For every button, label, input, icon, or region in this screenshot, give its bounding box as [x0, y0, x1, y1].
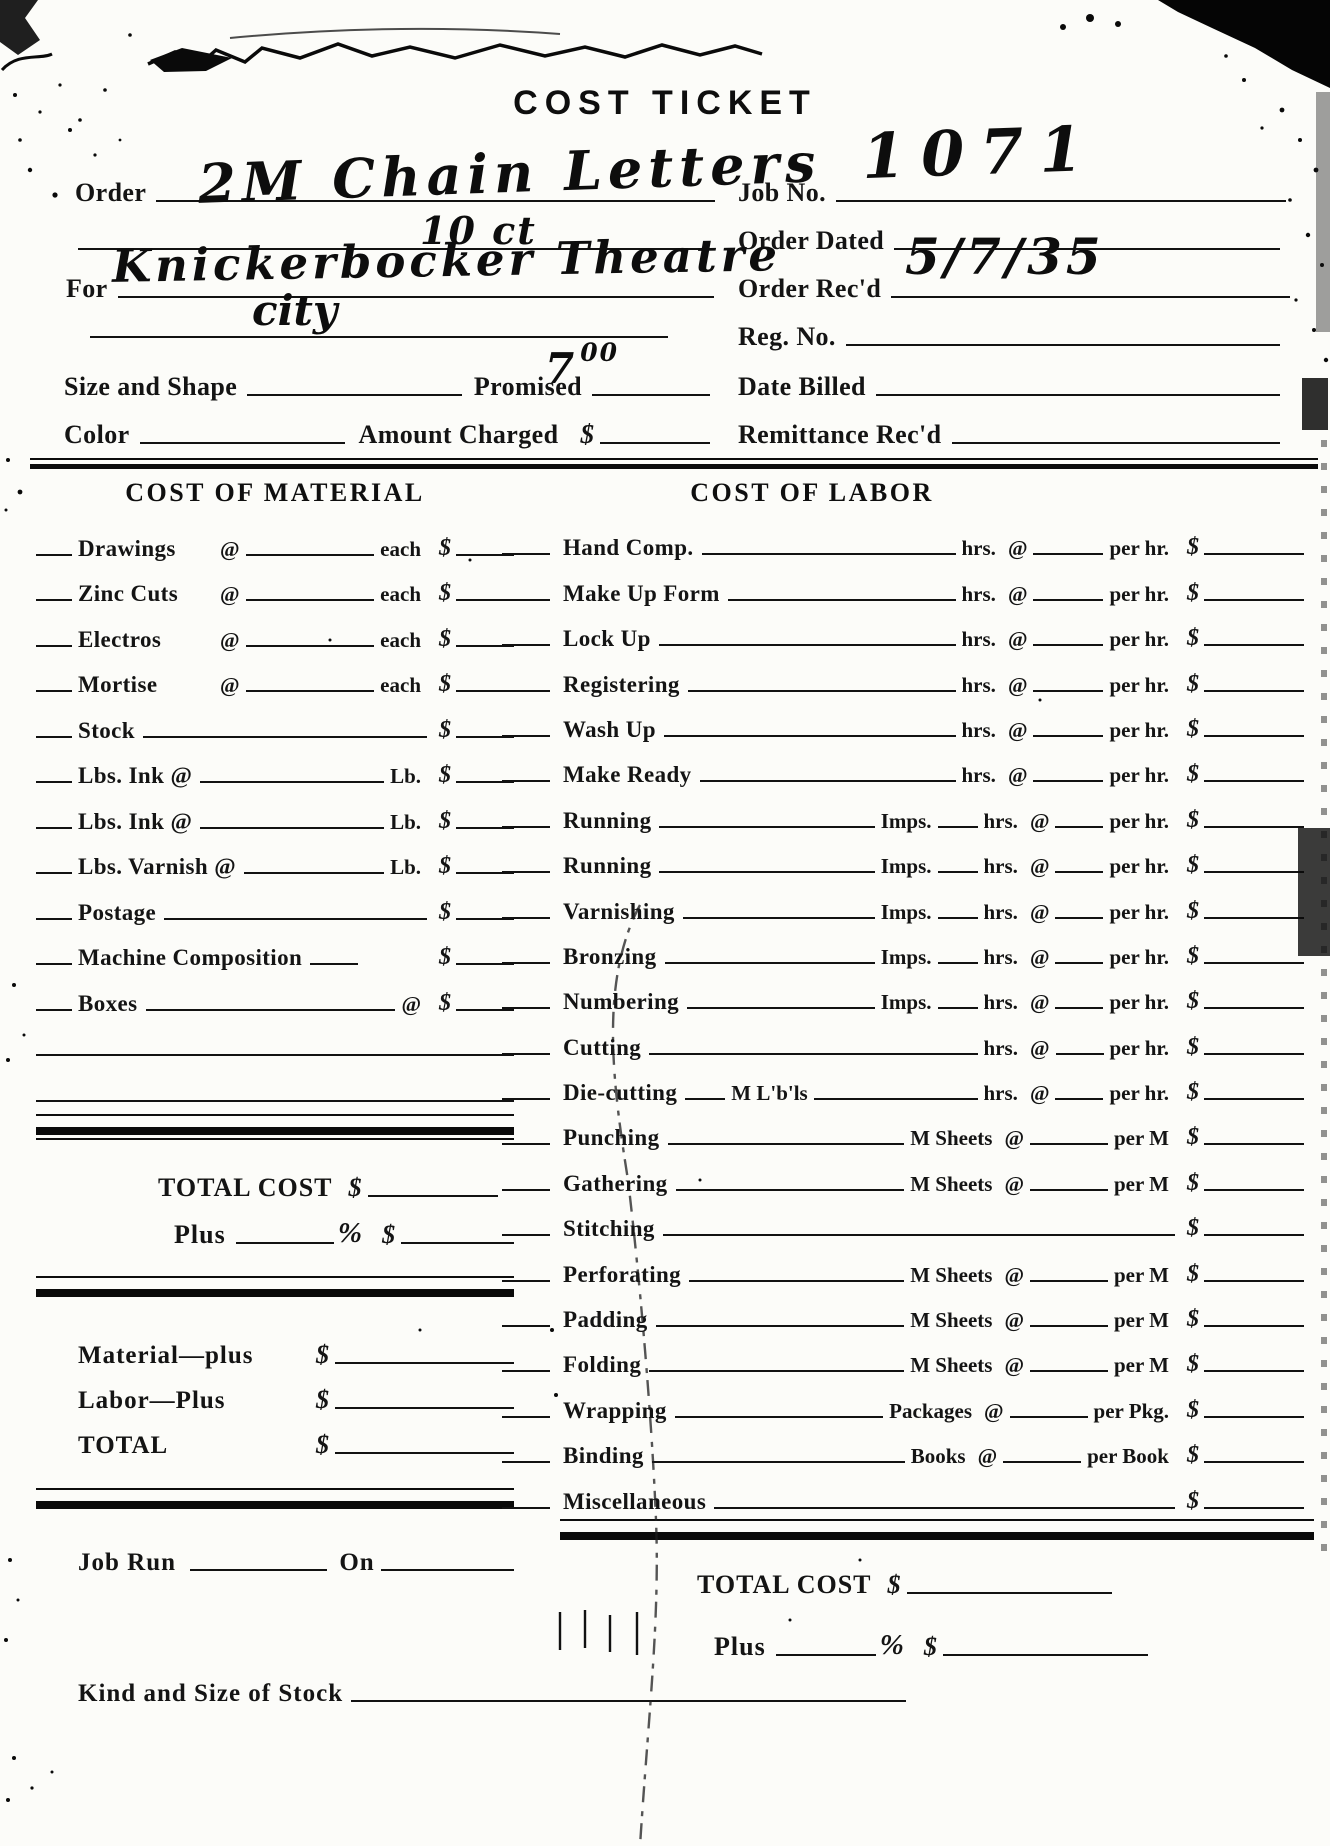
lead-dash [502, 1234, 550, 1236]
unit-text: @ [1030, 856, 1050, 877]
labor-row-varnishing: VarnishingImps.hrs.@per hr.$ [502, 877, 1314, 922]
row-label: Wrapping [563, 1399, 667, 1422]
row-label: Lock Up [563, 627, 651, 650]
lead-dash [502, 1416, 550, 1418]
dollar-sign: $ [439, 809, 451, 833]
unit-text: per M [1114, 1310, 1169, 1331]
row-label: Lbs. Varnish @ [78, 855, 236, 878]
lead-dash [502, 1370, 550, 1372]
unit-text: per M [1114, 1355, 1169, 1376]
page-title: COST TICKET [0, 84, 1330, 123]
labor-row-folding: FoldingM Sheets@per M$ [502, 1331, 1314, 1376]
fill-line [600, 442, 710, 444]
dollar-sign: $ [1187, 717, 1199, 741]
percent-sign: % [338, 1219, 362, 1248]
fill-line [689, 1280, 904, 1282]
row-label: Binding [563, 1444, 644, 1467]
dollar-sign: $ [316, 1342, 329, 1368]
labor-row-make-up-form: Make Up Formhrs.@per hr.$ [502, 559, 1314, 604]
unit-text: hrs. [984, 856, 1018, 877]
handwriting-job-number: 1071 [861, 118, 1100, 188]
fill-line [1204, 1461, 1304, 1463]
fill-line [728, 599, 956, 601]
unit-text: M Sheets [910, 1174, 992, 1195]
job-run-label: Job Run [78, 1550, 176, 1575]
fill-line [656, 1325, 905, 1327]
unit-text: @ [220, 584, 240, 605]
unit-text: per M [1114, 1128, 1169, 1149]
field-label: Remittance Rec'd [738, 422, 942, 448]
kind-and-size-of-stock-row: Kind and Size of Stock [78, 1662, 906, 1706]
fill-line [246, 690, 375, 692]
dollar-sign: $ [316, 1387, 329, 1413]
fill-line [1033, 553, 1103, 555]
fill-line [244, 872, 384, 874]
fill-line [814, 1098, 978, 1100]
labor-row-numbering: NumberingImps.hrs.@per hr.$ [502, 968, 1314, 1013]
row-label: Lbs. Ink @ [78, 810, 192, 833]
summary-row-material-plus: Material—plus $ [36, 1323, 514, 1368]
row-label: Numbering [563, 990, 679, 1013]
unit-text: per hr. [1109, 538, 1169, 559]
fill-line [1204, 735, 1304, 737]
unit-text: per M [1114, 1174, 1169, 1195]
row-label: Stock [78, 719, 135, 742]
amount-dollars: 7 [545, 344, 574, 393]
fill-line [246, 599, 375, 601]
lead-dash [36, 599, 72, 601]
dollar-sign: $ [1187, 1080, 1199, 1104]
unit-text: M Sheets [910, 1355, 992, 1376]
unit-text: @ [220, 675, 240, 696]
on-label: On [339, 1550, 374, 1575]
row-label: Running [563, 854, 651, 877]
unit-text: @ [1030, 811, 1050, 832]
fill-line [1055, 871, 1103, 873]
fill-line [1204, 1416, 1304, 1418]
fill-line [1204, 1007, 1304, 1009]
fill-line [146, 1009, 396, 1011]
lead-dash [36, 554, 72, 556]
dollar-sign: $ [439, 900, 451, 924]
fill-line [1033, 644, 1103, 646]
section-title-material: COST OF MATERIAL [36, 478, 514, 508]
unit-text: hrs. [984, 947, 1018, 968]
lead-dash [36, 1009, 72, 1011]
labor-row-hand-comp: Hand Comp.hrs.@per hr.$ [502, 514, 1314, 559]
fill-line [1003, 1461, 1081, 1463]
dollar-sign: $ [439, 854, 451, 878]
fill-line [1033, 735, 1103, 737]
row-label: Lbs. Ink @ [78, 764, 192, 787]
material-row-machine-composition: Machine Composition$ [36, 924, 514, 970]
fill-line [1204, 1143, 1304, 1145]
fill-line [813, 1053, 977, 1055]
row-label: Boxes [78, 992, 138, 1015]
field-label-amount-charged: Amount Charged [359, 422, 559, 448]
fill-line [1033, 599, 1103, 601]
fill-line [36, 1100, 514, 1102]
dollar-sign: $ [439, 763, 451, 787]
fill-line [876, 394, 1280, 396]
material-rows: Drawings@each$Zinc Cuts@each$Electros@ea… [36, 514, 514, 1106]
labor-row-padding: PaddingM Sheets@per M$ [502, 1286, 1314, 1331]
dollar-sign: $ [1187, 762, 1199, 786]
fill-line [664, 735, 956, 737]
row-label: Electros [78, 628, 206, 651]
labor-rows: Hand Comp.hrs.@per hr.$Make Up Formhrs.@… [502, 514, 1314, 1513]
cost-of-labor-section: Hand Comp.hrs.@per hr.$Make Up Formhrs.@… [502, 514, 1314, 1660]
fill-line [659, 826, 874, 828]
fill-line [652, 1461, 905, 1463]
percent-sign: % [880, 1631, 904, 1660]
fill-line [714, 1507, 1175, 1509]
unit-text: M Sheets [910, 1265, 992, 1286]
fill-line [1204, 599, 1304, 601]
field-label: Size and Shape [64, 374, 237, 400]
fill-line [702, 553, 956, 555]
labor-row-wrapping: WrappingPackages@per Pkg.$ [502, 1376, 1314, 1421]
unit-text: @ [1008, 629, 1028, 650]
dollar-sign: $ [382, 1222, 395, 1248]
fill-line [649, 1370, 904, 1372]
labor-row-perforating: PerforatingM Sheets@per M$ [502, 1240, 1314, 1285]
fill-line [1204, 1189, 1304, 1191]
plus-label: Plus [174, 1222, 226, 1248]
fill-line [952, 442, 1281, 444]
fill-line [190, 1569, 327, 1571]
row-label: Machine Composition [78, 946, 302, 969]
plus-label: Plus [714, 1634, 766, 1660]
corner-mark-top-right [1158, 0, 1330, 88]
fill-line [1204, 553, 1304, 555]
lead-dash [502, 917, 550, 919]
lead-dash [36, 690, 72, 692]
unit-text: M L'b'ls [731, 1083, 807, 1104]
fill-line [1055, 826, 1103, 828]
material-plus-percent-row: Plus % $ [36, 1201, 514, 1248]
fill-line [143, 736, 427, 738]
row-label: Zinc Cuts [78, 582, 206, 605]
unit-text: @ [401, 994, 421, 1015]
fill-line [1030, 1280, 1108, 1282]
fill-line [938, 871, 978, 873]
labor-total-cost-row: TOTAL COST $ [502, 1554, 1314, 1598]
unit-text: hrs. [962, 675, 996, 696]
lead-dash [502, 1325, 550, 1327]
dollar-sign: $ [439, 581, 451, 605]
unit-text: Imps. [881, 811, 932, 832]
unit-text: M Sheets [910, 1310, 992, 1331]
lead-dash [502, 780, 550, 782]
dollar-sign: $ [439, 672, 451, 696]
unit-text: Imps. [881, 947, 932, 968]
fill-line [1033, 780, 1103, 782]
field-label: Color [64, 422, 130, 448]
fill-line [1033, 690, 1103, 692]
lead-dash [502, 1007, 550, 1009]
dollar-sign: $ [439, 718, 451, 742]
unit-text: Lb. [390, 766, 421, 787]
fill-line [351, 1700, 906, 1702]
fill-line [1204, 1053, 1304, 1055]
summary-label: Labor—Plus [78, 1388, 300, 1413]
unit-text: @ [220, 539, 240, 560]
lead-dash [36, 645, 72, 647]
fill-line [938, 962, 978, 964]
material-divider-rule-2 [36, 1276, 514, 1297]
fill-line [236, 1242, 334, 1244]
fill-line [1056, 1053, 1104, 1055]
unit-text: @ [1004, 1265, 1024, 1286]
header-divider-rule [30, 458, 1318, 469]
unit-text: per hr. [1109, 584, 1169, 605]
field-color-amount: Color Amount Charged $ [64, 402, 710, 448]
unit-text: Imps. [881, 902, 932, 923]
fill-line [1055, 1098, 1103, 1100]
fill-line [1204, 1098, 1304, 1100]
unit-text: per Book [1087, 1446, 1169, 1467]
handwriting-city-note: city [252, 290, 337, 332]
handwriting-amount-charged: 700 [545, 340, 619, 390]
dollar-sign: $ [439, 945, 451, 969]
fill-line [1055, 917, 1103, 919]
fill-line [1204, 826, 1304, 828]
row-label: Perforating [563, 1263, 681, 1286]
unit-text: per hr. [1110, 1038, 1170, 1059]
fill-line [1204, 644, 1304, 646]
lead-dash [502, 962, 550, 964]
dollar-sign: $ [1187, 535, 1199, 559]
field-label: Reg. No. [738, 324, 836, 350]
unit-text: hrs. [962, 538, 996, 559]
row-label: Make Ready [563, 763, 692, 786]
unit-text: @ [978, 1446, 998, 1467]
fill-line [938, 1007, 978, 1009]
total-cost-label: TOTAL COST [697, 1572, 872, 1598]
labor-row-bronzing: BronzingImps.hrs.@per hr.$ [502, 923, 1314, 968]
dollar-sign: $ [1187, 1262, 1199, 1286]
labor-row-punching: PunchingM Sheets@per M$ [502, 1104, 1314, 1149]
unit-text: @ [1030, 1038, 1050, 1059]
paper-curl-mark [2, 54, 52, 70]
unit-text: Lb. [390, 812, 421, 833]
row-label: Drawings [78, 537, 206, 560]
lead-dash [36, 963, 72, 965]
fill-line [381, 1569, 514, 1571]
row-label: Running [563, 809, 651, 832]
lead-dash [502, 553, 550, 555]
dollar-sign: $ [1187, 899, 1199, 923]
section-title-labor: COST OF LABOR [502, 478, 1122, 508]
unit-text: @ [1008, 538, 1028, 559]
lead-dash [502, 826, 550, 828]
unit-text: M Sheets [910, 1128, 992, 1149]
unit-text: per Pkg. [1094, 1401, 1169, 1422]
fill-line [687, 1007, 875, 1009]
fill-line [907, 1592, 1112, 1594]
material-row-lbs-ink-1: Lbs. Ink @Lb.$ [36, 742, 514, 788]
fill-line [1204, 871, 1304, 873]
row-label: Registering [563, 673, 680, 696]
dollar-sign: $ [316, 1432, 329, 1458]
unit-text: hrs. [984, 992, 1018, 1013]
lead-dash [502, 1507, 550, 1509]
fill-line [663, 1234, 1175, 1236]
unit-text: hrs. [962, 720, 996, 741]
lead-dash [502, 690, 550, 692]
fill-line [246, 554, 375, 556]
field-label: Order [75, 180, 146, 206]
labor-divider-rule [560, 1519, 1314, 1540]
unit-text: per hr. [1109, 629, 1169, 650]
row-label: Stitching [563, 1217, 655, 1240]
unit-text: @ [1004, 1174, 1024, 1195]
fill-line [200, 781, 384, 783]
job-run-row: Job Run On [36, 1531, 514, 1575]
row-label: Postage [78, 901, 156, 924]
fill-line [1204, 917, 1304, 919]
fill-line [164, 918, 427, 920]
dollar-sign: $ [1187, 944, 1199, 968]
fill-line [700, 780, 956, 782]
lead-dash [36, 918, 72, 920]
material-total-cost-row: TOTAL COST $ [36, 1156, 514, 1201]
unit-text: each [380, 584, 421, 605]
fill-line [401, 1242, 514, 1244]
material-row-mortise: Mortise@each$ [36, 651, 514, 697]
dollar-sign: $ [580, 421, 594, 448]
cost-of-material-section: Drawings@each$Zinc Cuts@each$Electros@ea… [36, 514, 514, 1575]
fill-line [247, 394, 462, 396]
lead-dash [36, 781, 72, 783]
dollar-sign: $ [1187, 1352, 1199, 1376]
fill-line [1030, 1189, 1108, 1191]
torn-edge-crease [230, 29, 560, 38]
fill-line [368, 1195, 498, 1197]
unit-text: Imps. [881, 856, 932, 877]
unit-text: @ [1008, 675, 1028, 696]
material-summary-block: Material—plus $ Labor—Plus $ TOTAL $ [36, 1323, 514, 1458]
lead-dash [502, 1461, 550, 1463]
unit-text: hrs. [962, 584, 996, 605]
dollar-sign: $ [1187, 1171, 1199, 1195]
fill-line [1204, 780, 1304, 782]
edge-patch-1 [1302, 378, 1328, 430]
unit-text: @ [1030, 992, 1050, 1013]
dollar-sign: $ [1187, 626, 1199, 650]
lead-dash [36, 827, 72, 829]
dollar-sign: $ [349, 1175, 362, 1201]
fill-line [1204, 690, 1304, 692]
field-label: Date Billed [738, 374, 866, 400]
unit-text: @ [1004, 1355, 1024, 1376]
fill-line [676, 1189, 905, 1191]
labor-row-binding: BindingBooks@per Book$ [502, 1422, 1314, 1467]
unit-text: per hr. [1109, 856, 1169, 877]
material-row-drawings: Drawings@each$ [36, 514, 514, 560]
unit-text: hrs. [984, 811, 1018, 832]
fill-line [1204, 1325, 1304, 1327]
row-label: Folding [563, 1353, 641, 1376]
material-row-postage: Postage$ [36, 878, 514, 924]
fill-line [688, 690, 956, 692]
unit-text: Packages [889, 1401, 972, 1422]
unit-text: per hr. [1109, 902, 1169, 923]
unit-text: @ [1030, 1083, 1050, 1104]
unit-text: @ [984, 1401, 1004, 1422]
field-reg-no: Reg. No. [738, 304, 1280, 350]
unit-text: hrs. [984, 1038, 1018, 1059]
fill-line [1030, 1370, 1108, 1372]
fill-line [1010, 1416, 1088, 1418]
dollar-sign: $ [439, 627, 451, 651]
handwriting-order-received-date: 5/7/35 [905, 232, 1105, 282]
torn-edge-line [148, 44, 762, 66]
fill-line [1204, 1234, 1304, 1236]
lead-dash [502, 1098, 550, 1100]
fill-line [200, 827, 384, 829]
unit-text: @ [1004, 1310, 1024, 1331]
unit-text: per hr. [1109, 765, 1169, 786]
dollar-sign: $ [1187, 808, 1199, 832]
unit-text: hrs. [984, 1083, 1018, 1104]
labor-row-running-1: RunningImps.hrs.@per hr.$ [502, 786, 1314, 831]
unit-text: per hr. [1109, 811, 1169, 832]
unit-text: each [380, 630, 421, 651]
field-date-billed: Date Billed [738, 354, 1280, 400]
fill-line [659, 871, 874, 873]
unit-text: per hr. [1109, 720, 1169, 741]
fill-line [665, 962, 875, 964]
labor-plus-percent-row: Plus % $ [502, 1616, 1314, 1660]
fill-line [1055, 962, 1103, 964]
dollar-sign: $ [1187, 1307, 1199, 1331]
unit-text: @ [1004, 1128, 1024, 1149]
unit-text: @ [1008, 720, 1028, 741]
row-label: Varnishing [563, 900, 675, 923]
row-label: Miscellaneous [563, 1490, 706, 1513]
dollar-sign: $ [1187, 581, 1199, 605]
fill-line [310, 963, 358, 965]
unit-text: hrs. [962, 629, 996, 650]
labor-row-stitching: Stitching$ [502, 1195, 1314, 1240]
row-label: Gathering [563, 1172, 668, 1195]
fill-line [891, 296, 1290, 298]
handwriting-order-value: 2M Chain Letters [197, 135, 822, 211]
lead-dash [502, 735, 550, 737]
lead-dash [502, 599, 550, 601]
labor-row-running-2: RunningImps.hrs.@per hr.$ [502, 832, 1314, 877]
fill-line [649, 1053, 813, 1055]
fill-line [36, 1054, 514, 1056]
field-remittance-recd: Remittance Rec'd [738, 402, 1280, 448]
material-row-lbs-varnish: Lbs. Varnish @Lb.$ [36, 833, 514, 879]
fill-line [846, 344, 1280, 346]
fill-line [1055, 1007, 1103, 1009]
material-row-lbs-ink-2: Lbs. Ink @Lb.$ [36, 787, 514, 833]
fill-line [592, 394, 710, 396]
fill-line [140, 442, 345, 444]
unit-text: per hr. [1109, 992, 1169, 1013]
lead-dash [502, 1189, 550, 1191]
material-row-stock: Stock$ [36, 696, 514, 742]
edge-band [1316, 92, 1330, 332]
row-label: Die-cutting [563, 1081, 677, 1104]
labor-row-lock-up: Lock Uphrs.@per hr.$ [502, 605, 1314, 650]
fill-line [776, 1654, 876, 1656]
torn-edge-blob [150, 48, 232, 72]
